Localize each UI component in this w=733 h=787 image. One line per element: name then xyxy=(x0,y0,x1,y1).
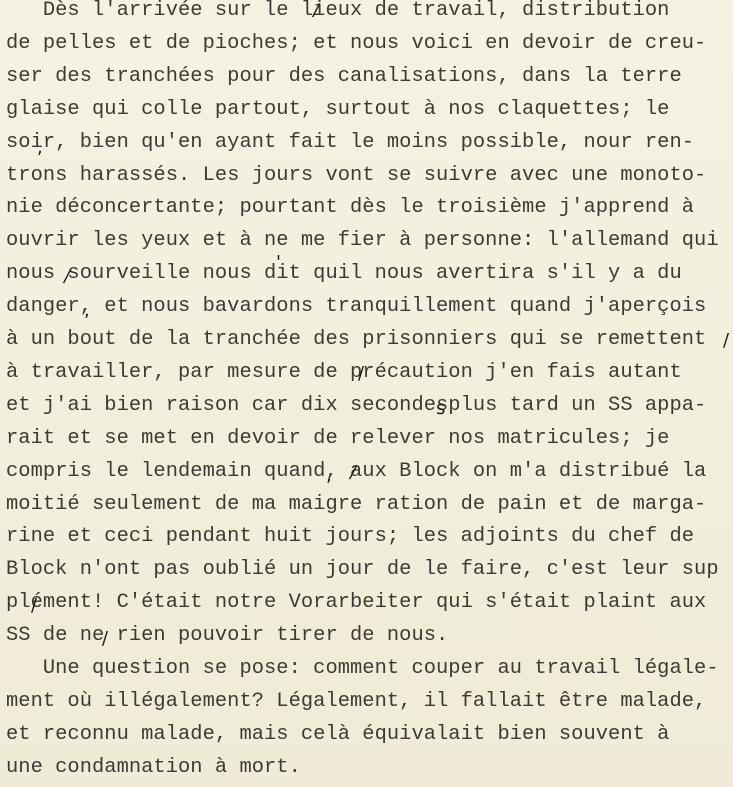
text-line: trons harassés. Les jours vont se suivre… xyxy=(6,166,706,186)
text-line: et reconnu malade, mais celà équivalait … xyxy=(6,725,669,745)
handwritten-mark: , xyxy=(326,467,332,485)
text-line: SS de ne rien pouvoir tirer de nous. xyxy=(6,626,448,646)
text-line: une condamnation à mort. xyxy=(6,758,301,778)
text-line: à un bout de la tranchée des prisonniers… xyxy=(6,330,706,350)
text-line: et j'ai bien raison car dix secondesplus… xyxy=(6,396,706,416)
text-line: de pelles et de pioches; et nous voici e… xyxy=(6,34,706,54)
handwritten-mark: ' xyxy=(276,254,281,272)
text-line: rine et ceci pendant huit jours; les adj… xyxy=(6,527,694,547)
handwritten-mark: / xyxy=(102,630,108,648)
text-line: nous sourveille nous dit quil nous avert… xyxy=(6,264,682,284)
text-line: ouvrir les yeux et à ne me fier à person… xyxy=(6,231,719,251)
text-line: à travailler, par mesure de précaution j… xyxy=(6,363,682,383)
text-line: danger, et nous bavardons tranquillement… xyxy=(6,297,706,317)
text-line: soir, bien qu'en ayant fait le moins pos… xyxy=(6,133,694,153)
handwritten-mark: , xyxy=(84,302,90,320)
text-line: Dès l'arrivée sur le lieux de travail, d… xyxy=(6,1,669,21)
handwritten-mark: s xyxy=(436,400,445,418)
handwritten-mark: / xyxy=(358,365,364,383)
text-line: ser des tranchées pour des canalisations… xyxy=(6,67,682,87)
text-line: nie déconcertante; pourtant dès le trois… xyxy=(6,198,694,218)
text-line: ment où illégalement? Légalement, il fal… xyxy=(6,692,706,712)
text-line: rait et se met en devoir de relever nos … xyxy=(6,429,669,449)
text-line: Une question se pose: comment couper au … xyxy=(6,659,719,679)
text-line: Block n'ont pas oublié un jour de le fai… xyxy=(6,560,719,580)
typewritten-page: Dès l'arrivée sur le lieux de travail, d… xyxy=(0,0,733,787)
text-line: glaise qui colle partout, surtout à nos … xyxy=(6,100,669,120)
text-line: moitié seulement de ma maigre ration de … xyxy=(6,495,706,515)
text-line: plément! C'était notre Vorarbeiter qui s… xyxy=(6,593,706,613)
handwritten-mark: / xyxy=(723,332,729,350)
handwritten-mark: , xyxy=(37,139,43,157)
handwritten-mark: / xyxy=(31,597,37,615)
